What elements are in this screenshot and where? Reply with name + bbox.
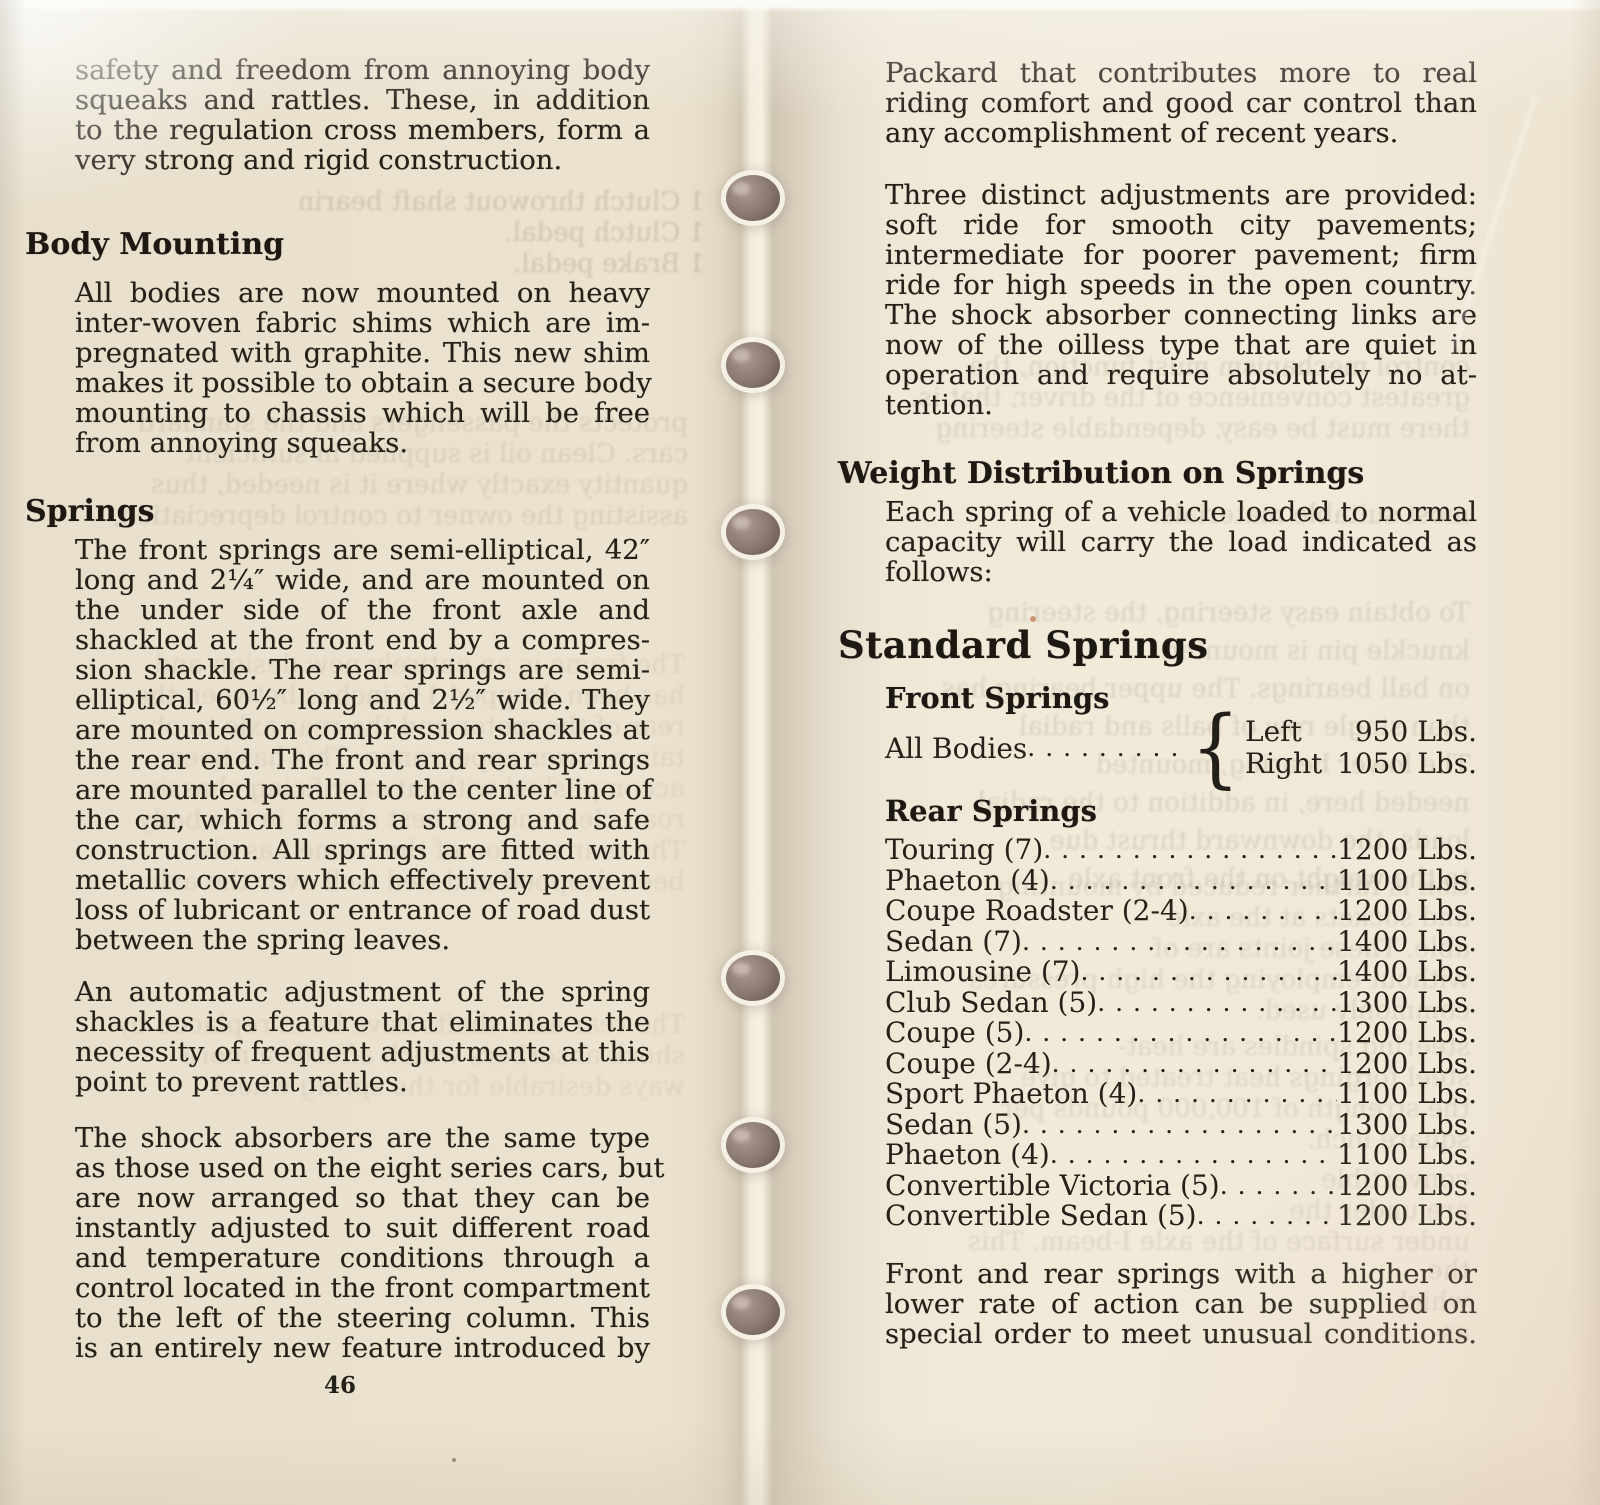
leader-dots [1080, 957, 1337, 988]
text-line: control located in the front compartment [75, 1273, 650, 1303]
load-value: 1200 Lbs. [1337, 1018, 1477, 1049]
load-value: 1050 Lbs. [1337, 748, 1477, 780]
load-value: 1100 Lbs. [1337, 866, 1477, 897]
text-line: and temperature conditions through a [75, 1243, 650, 1273]
table-row: Convertible Sedan (5)1200 Lbs. [885, 1201, 1477, 1232]
paragraph-intro: safety and freedom from annoying bodysqu… [75, 55, 650, 175]
text-line: squeaks and rattles. These, in addition [75, 85, 650, 115]
load-value: 1200 Lbs. [1337, 1201, 1477, 1232]
text-line: ride for high speeds in the open country… [885, 270, 1477, 300]
heading-body-mounting: Body Mounting [25, 228, 650, 262]
front-springs-label: All Bodies [885, 732, 1027, 765]
text-line: are now arranged so that they can be [75, 1183, 650, 1213]
model-label: Limousine (7) [885, 957, 1080, 988]
text-line: operation and require absolutely no at- [885, 360, 1477, 390]
front-spring-left-row: Left 950 Lbs. [1245, 716, 1477, 748]
text-line: to the left of the steering column. This [75, 1303, 650, 1333]
text-line: loss of lubricant or entrance of road du… [75, 895, 650, 925]
binding-rivet [726, 509, 780, 555]
leader-dots [1022, 1110, 1337, 1141]
table-row: Coupe (2-4)1200 Lbs. [885, 1049, 1477, 1080]
binding-rivet [726, 1289, 780, 1335]
page-46: safety and freedom from annoying bodysqu… [0, 0, 760, 1505]
text-line: capacity will carry the load indicated a… [885, 527, 1477, 557]
rear-springs-table: Touring (7)1200 Lbs.Phaeton (4)1100 Lbs.… [885, 835, 1477, 1232]
text-line: Three distinct adjustments are provided: [885, 180, 1477, 210]
text-line: inter-woven fabric shims which are im- [75, 308, 650, 338]
text-line: construction. All springs are fitted wit… [75, 835, 650, 865]
text-line: The shock absorbers are the same type [75, 1123, 650, 1153]
leader-dots [1052, 1049, 1337, 1080]
leader-dots [1050, 866, 1337, 897]
load-value: 1200 Lbs. [1337, 1049, 1477, 1080]
load-value: 1400 Lbs. [1337, 927, 1477, 958]
heading-standard-springs: Standard Springs [838, 623, 1477, 667]
text-line: Packard that contributes more to real [885, 58, 1477, 88]
table-row: Phaeton (4)1100 Lbs. [885, 1140, 1477, 1171]
model-label: Coupe Roadster (2-4) [885, 896, 1189, 927]
table-row: Sport Phaeton (4)1100 Lbs. [885, 1079, 1477, 1110]
text-line: to the regulation cross members, form a [75, 115, 650, 145]
text-line: any accomplishment of recent years. [885, 118, 1477, 148]
text-line: the car, which forms a strong and safe [75, 805, 650, 835]
paragraph-three-adjustments: Three distinct adjustments are provided:… [885, 180, 1477, 420]
leader-dots [1027, 733, 1186, 763]
text-line: Each spring of a vehicle loaded to norma… [885, 497, 1477, 527]
load-value: 1300 Lbs. [1337, 1110, 1477, 1141]
text-line: The front springs are semi-elliptical, 4… [75, 535, 650, 565]
table-row: Touring (7)1200 Lbs. [885, 835, 1477, 866]
page-47: Packard that contributes more to realrid… [760, 0, 1600, 1505]
text-line: The shock absorber connecting links are [885, 300, 1477, 330]
leader-dots [1189, 896, 1337, 927]
text-line: point to prevent rattles. [75, 1067, 650, 1097]
model-label: Phaeton (4) [885, 866, 1050, 897]
text-line: All bodies are now mounted on heavy [75, 278, 650, 308]
brace-glyph: { [1189, 714, 1242, 782]
model-label: Convertible Victoria (5) [885, 1171, 1220, 1202]
load-value: 1200 Lbs. [1337, 835, 1477, 866]
text-line: makes it possible to obtain a secure bod… [75, 368, 650, 398]
text-line: elliptical, 60½″ long and 2½″ wide. They [75, 685, 650, 715]
page-47-text-column: Packard that contributes more to realrid… [885, 58, 1477, 1349]
heading-front-springs: Front Springs [885, 681, 1477, 715]
heading-rear-springs: Rear Springs [885, 794, 1477, 828]
text-line: safety and freedom from annoying body [75, 55, 650, 85]
text-line: tention. [885, 390, 1477, 420]
binding-rivet [726, 342, 780, 388]
binding-rivet [726, 955, 780, 1001]
text-line: shackles is a feature that eliminates th… [75, 1007, 650, 1037]
leader-dots [1220, 1171, 1337, 1202]
text-line: necessity of frequent adjustments at thi… [75, 1037, 650, 1067]
model-label: Convertible Sedan (5) [885, 1201, 1197, 1232]
table-row: Phaeton (4)1100 Lbs. [885, 866, 1477, 897]
table-row: Coupe Roadster (2-4)1200 Lbs. [885, 896, 1477, 927]
load-value: 1200 Lbs. [1337, 1171, 1477, 1202]
model-label: Sedan (7) [885, 927, 1022, 958]
text-line: instantly adjusted to suit different roa… [75, 1213, 650, 1243]
text-line: metallic covers which effectively preven… [75, 865, 650, 895]
load-value: 1300 Lbs. [1337, 988, 1477, 1019]
text-line: sion shackle. The rear springs are semi- [75, 655, 650, 685]
binding-rivet [726, 175, 780, 221]
paragraph-special-order: Front and rear springs with a higher orl… [885, 1259, 1477, 1349]
leader-dots [1024, 1018, 1337, 1049]
table-row: Coupe (5)1200 Lbs. [885, 1018, 1477, 1049]
heading-springs: Springs [25, 495, 650, 529]
paragraph-packard: Packard that contributes more to realrid… [885, 58, 1477, 148]
paragraph-springs-description: The front springs are semi-elliptical, 4… [75, 535, 650, 955]
model-label: Coupe (2-4) [885, 1049, 1052, 1080]
paper-speck [452, 1458, 456, 1462]
table-row: Convertible Victoria (5)1200 Lbs. [885, 1171, 1477, 1202]
paragraph-shock-absorbers: The shock absorbers are the same typeas … [75, 1123, 650, 1363]
page-number-46: 46 [318, 1372, 362, 1399]
text-line: as those used on the eight series cars, … [75, 1153, 650, 1183]
leader-dots [1197, 1201, 1337, 1232]
load-value: 1400 Lbs. [1337, 957, 1477, 988]
paragraph-each-spring: Each spring of a vehicle loaded to norma… [885, 497, 1477, 587]
text-line: are mounted on compression shackles at [75, 715, 650, 745]
paper-speck [1030, 616, 1036, 622]
text-line: is an entirely new feature introduced by [75, 1333, 650, 1363]
table-row: Sedan (5)1300 Lbs. [885, 1110, 1477, 1141]
front-springs-values: Left 950 Lbs. Right 1050 Lbs. [1245, 716, 1477, 780]
text-line: are mounted parallel to the center line … [75, 775, 650, 805]
text-line: very strong and rigid construction. [75, 145, 650, 175]
text-line: from annoying squeaks. [75, 428, 650, 458]
model-label: Phaeton (4) [885, 1140, 1050, 1171]
text-line: the under side of the front axle and [75, 595, 650, 625]
text-line: special order to meet unusual conditions… [885, 1319, 1477, 1349]
page-46-text-column: safety and freedom from annoying bodysqu… [75, 55, 650, 1363]
text-line: follows: [885, 557, 1477, 587]
leader-dots [1022, 927, 1337, 958]
front-spring-right-row: Right 1050 Lbs. [1245, 748, 1477, 780]
load-value: 1200 Lbs. [1337, 896, 1477, 927]
text-line: soft ride for smooth city pavements; [885, 210, 1477, 240]
paragraph-body-mounting: All bodies are now mounted on heavyinter… [75, 278, 650, 458]
side-label: Left [1245, 716, 1302, 748]
load-value: 1100 Lbs. [1337, 1079, 1477, 1110]
leader-dots [1043, 835, 1337, 866]
scanned-book-spread: 1 Clutch throwout shaft bearing.1 Clutch… [0, 0, 1600, 1505]
paragraph-automatic-adjustment: An automatic adjustment of the springsha… [75, 977, 650, 1097]
model-label: Coupe (5) [885, 1018, 1024, 1049]
text-line: the rear end. The front and rear springs [75, 745, 650, 775]
text-line: long and 2¼″ wide, and are mounted on [75, 565, 650, 595]
text-line: shackled at the front end by a compres- [75, 625, 650, 655]
front-springs-row: All Bodies { Left 950 Lbs. Right 1050 Lb… [885, 715, 1477, 781]
text-line: Front and rear springs with a higher or [885, 1259, 1477, 1289]
text-line: An automatic adjustment of the spring [75, 977, 650, 1007]
leader-dots [1050, 1140, 1337, 1171]
text-line: now of the oilless type that are quiet i… [885, 330, 1477, 360]
model-label: Sport Phaeton (4) [885, 1079, 1137, 1110]
table-row: Club Sedan (5)1300 Lbs. [885, 988, 1477, 1019]
text-line: pregnated with graphite. This new shim [75, 338, 650, 368]
table-row: Sedan (7)1400 Lbs. [885, 927, 1477, 958]
leader-dots [1097, 988, 1337, 1019]
binding-rivet [726, 1122, 780, 1168]
load-value: 1100 Lbs. [1337, 1140, 1477, 1171]
text-line: intermediate for poorer pavement; firm [885, 240, 1477, 270]
leader-dots [1137, 1079, 1337, 1110]
model-label: Sedan (5) [885, 1110, 1022, 1141]
heading-weight-distribution: Weight Distribution on Springs [838, 456, 1477, 492]
model-label: Club Sedan (5) [885, 988, 1097, 1019]
model-label: Touring (7) [885, 835, 1043, 866]
load-value: 950 Lbs. [1355, 716, 1477, 748]
text-line: lower rate of action can be supplied on [885, 1289, 1477, 1319]
text-line: between the spring leaves. [75, 925, 650, 955]
table-row: Limousine (7)1400 Lbs. [885, 957, 1477, 988]
text-line: riding comfort and good car control than [885, 88, 1477, 118]
text-line: mounting to chassis which will be free [75, 398, 650, 428]
side-label: Right [1245, 748, 1322, 780]
